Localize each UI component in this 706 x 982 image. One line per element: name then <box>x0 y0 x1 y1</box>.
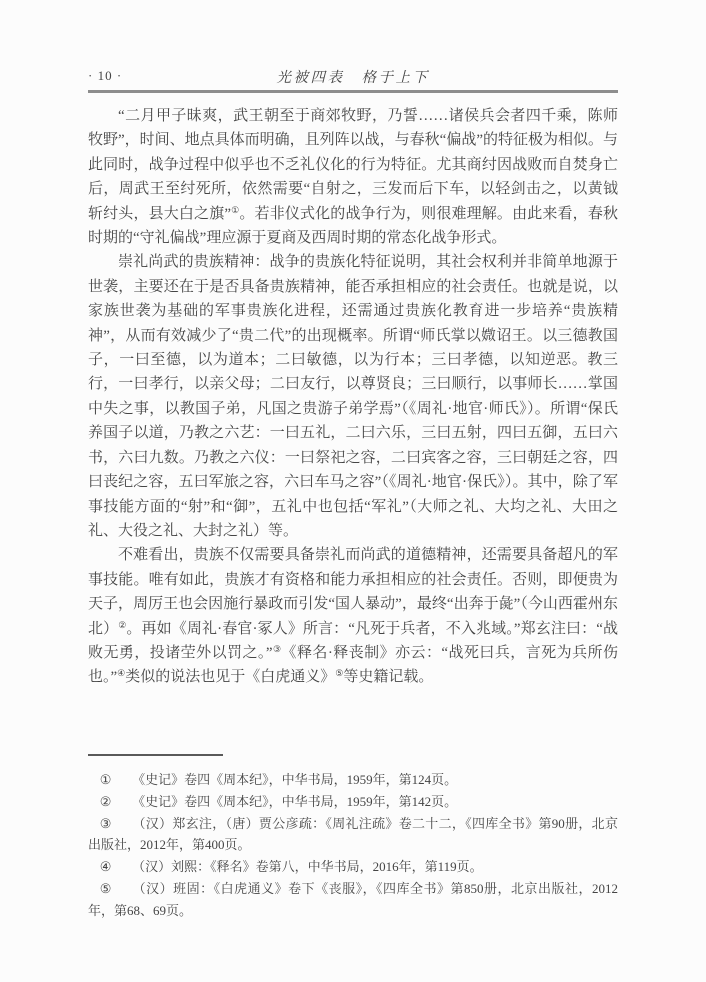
running-title: 光被四表 格于上下 <box>88 66 618 87</box>
footnote-marker: ① <box>100 772 112 787</box>
footnote-text: 《史记》卷四《周本纪》，中华书局，1959年，第124页。 <box>132 772 457 787</box>
body-paragraph: 崇礼尚武的贵族精神：战争的贵族化特征说明，其社会权利并非简单地源于世袭，主要还在… <box>88 250 618 543</box>
footnote-marker: ④ <box>100 859 112 874</box>
footnote-item: ②《史记》卷四《周本纪》，中华书局，1959年，第142页。 <box>88 791 618 813</box>
footnote-text: （汉）班固：《白虎通义》卷下《丧服》，《四库全书》第850册，北京出版社，201… <box>88 881 618 918</box>
footnote-reference: ④ <box>117 668 125 678</box>
footnote-item: ⑤（汉）班固：《白虎通义》卷下《丧服》，《四库全书》第850册，北京出版社，20… <box>88 878 618 922</box>
footnote-marker: ② <box>100 794 112 809</box>
footnote-item: ①《史记》卷四《周本纪》，中华书局，1959年，第124页。 <box>88 769 618 791</box>
header-rule <box>88 90 618 93</box>
footnote-reference: ① <box>231 205 239 215</box>
body-paragraph: “二月甲子昧爽，武王朝至于商郊牧野，乃誓……诸侯兵会者四千乘，陈师牧野”，时间、… <box>88 104 618 250</box>
footnotes-section: ①《史记》卷四《周本纪》，中华书局，1959年，第124页。②《史记》卷四《周本… <box>88 754 618 922</box>
footnote-text: 《史记》卷四《周本纪》，中华书局，1959年，第142页。 <box>132 794 457 809</box>
footnote-marker: ⑤ <box>100 881 112 896</box>
footnote-list: ①《史记》卷四《周本纪》，中华书局，1959年，第124页。②《史记》卷四《周本… <box>88 769 618 922</box>
body-text: “二月甲子昧爽，武王朝至于商郊牧野，乃誓……诸侯兵会者四千乘，陈师牧野”，时间、… <box>88 104 618 690</box>
footnote-reference: ⑤ <box>335 668 343 678</box>
footnote-text: （汉）刘熙：《释名》卷第八，中华书局，2016年，第119页。 <box>132 859 483 874</box>
page-header: · 10 · 光被四表 格于上下 <box>88 66 618 86</box>
book-page: · 10 · 光被四表 格于上下 “二月甲子昧爽，武王朝至于商郊牧野，乃誓……诸… <box>0 0 706 982</box>
footnote-reference: ② <box>118 620 126 630</box>
footnote-reference: ③ <box>273 644 282 654</box>
footnote-item: ④（汉）刘熙：《释名》卷第八，中华书局，2016年，第119页。 <box>88 856 618 878</box>
footnote-item: ③（汉）郑玄注，（唐）贾公彦疏：《周礼注疏》卷二十二，《四库全书》第90册，北京… <box>88 813 618 857</box>
footnote-separator-rule <box>88 754 223 756</box>
footnote-marker: ③ <box>100 816 112 831</box>
footnote-text: （汉）郑玄注，（唐）贾公彦疏：《周礼注疏》卷二十二，《四库全书》第90册，北京出… <box>88 816 618 853</box>
body-paragraph: 不难看出，贵族不仅需要具备崇礼而尚武的道德精神，还需要具备超凡的军事技能。唯有如… <box>88 543 618 689</box>
